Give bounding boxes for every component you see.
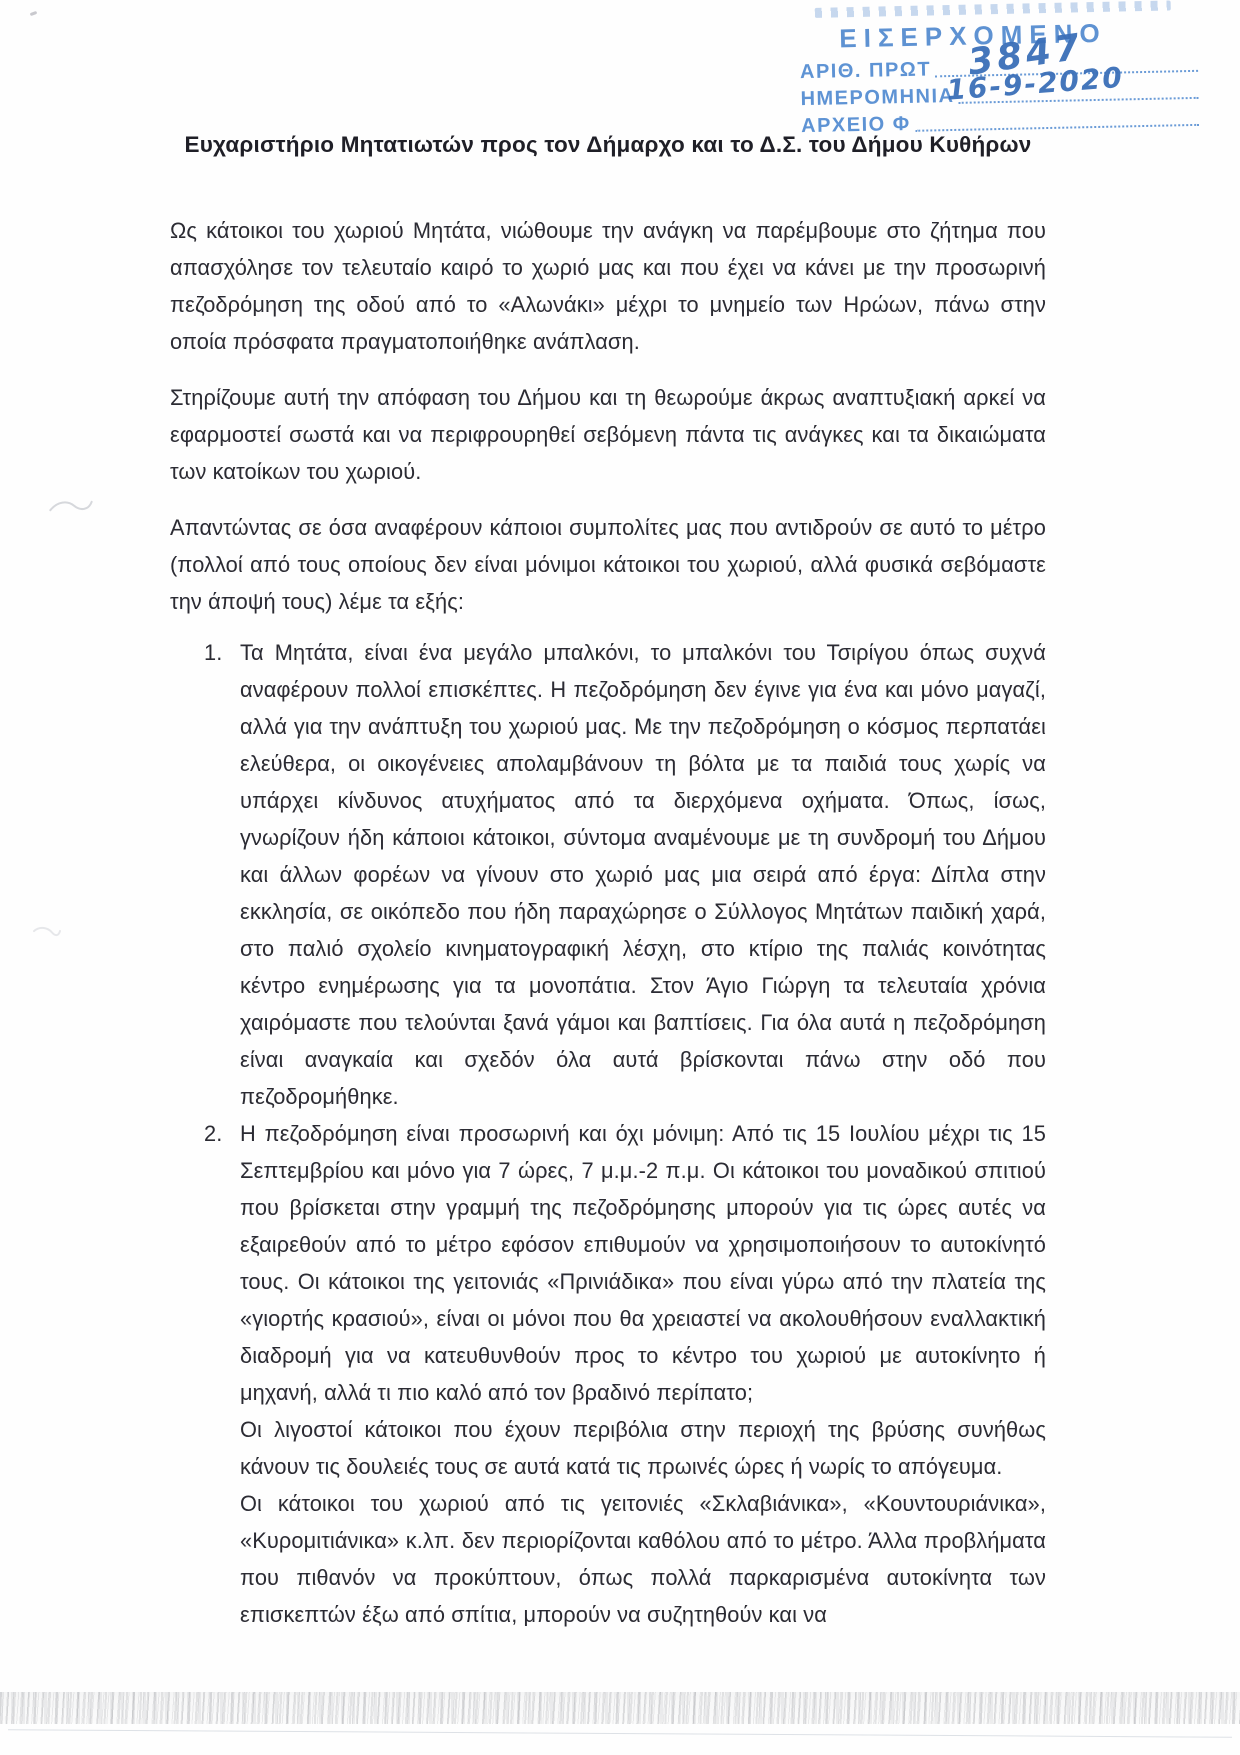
paragraph-intro: Ως κάτοικοι του χωριού Μητάτα, νιώθουμε …: [170, 212, 1046, 360]
dotted-leader: [915, 124, 1199, 132]
incoming-stamp: ΕΙΣΕΡΧΟΜΕΝΟ ΑΡΙΘ. ΠΡΩΤ 3847 ΗΜΕΡΟΜΗΝΙΑ 1…: [799, 0, 1202, 138]
scanned-letter-page: ΕΙΣΕΡΧΟΜΕΝΟ ΑΡΙΘ. ΠΡΩΤ 3847 ΗΜΕΡΟΜΗΝΙΑ 1…: [0, 0, 1240, 1755]
scan-speck: [30, 11, 38, 16]
numbered-list: 1. Τα Μητάτα, είναι ένα μεγάλο μπαλκόνι,…: [170, 634, 1046, 1633]
list-item: 2. Η πεζοδρόμηση είναι προσωρινή και όχι…: [170, 1115, 1046, 1633]
stamp-date-label: ΗΜΕΡΟΜΗΝΙΑ: [800, 85, 954, 111]
letter-body: Ως κάτοικοι του χωριού Μητάτα, νιώθουμε …: [170, 212, 1046, 1633]
list-item-body: Η πεζοδρόμηση είναι προσωρινή και όχι μό…: [240, 1115, 1046, 1633]
paragraph-answering: Απαντώντας σε όσα αναφέρουν κάποιοι συμπ…: [170, 509, 1046, 620]
list-item-continuation: Οι λιγοστοί κάτοικοι που έχουν περιβόλια…: [240, 1411, 1046, 1485]
list-item-number: 1.: [204, 634, 240, 671]
scan-noise-band: [0, 1692, 1240, 1724]
paragraph-support: Στηρίζουμε αυτή την απόφαση του Δήμου κα…: [170, 379, 1046, 490]
stamp-protocol-label: ΑΡΙΘ. ΠΡΩΤ: [800, 58, 931, 84]
stamp-partial-row: [815, 0, 1171, 17]
pencil-smudge-icon: [32, 923, 63, 939]
list-item: 1. Τα Μητάτα, είναι ένα μεγάλο μπαλκόνι,…: [170, 634, 1046, 1115]
pencil-smudge-icon: [47, 494, 95, 519]
scan-fold-line: [8, 1729, 1232, 1737]
list-item-number: 2.: [204, 1115, 240, 1152]
document-title: Ευχαριστήριο Μητατιωτών προς τον Δήμαρχο…: [170, 132, 1046, 158]
list-item-continuation: Οι κάτοικοι του χωριού από τις γειτονιές…: [240, 1485, 1046, 1633]
list-item-body: Τα Μητάτα, είναι ένα μεγάλο μπαλκόνι, το…: [240, 634, 1046, 1115]
list-item-text: Τα Μητάτα, είναι ένα μεγάλο μπαλκόνι, το…: [240, 634, 1046, 1115]
list-item-text: Η πεζοδρόμηση είναι προσωρινή και όχι μό…: [240, 1115, 1046, 1411]
